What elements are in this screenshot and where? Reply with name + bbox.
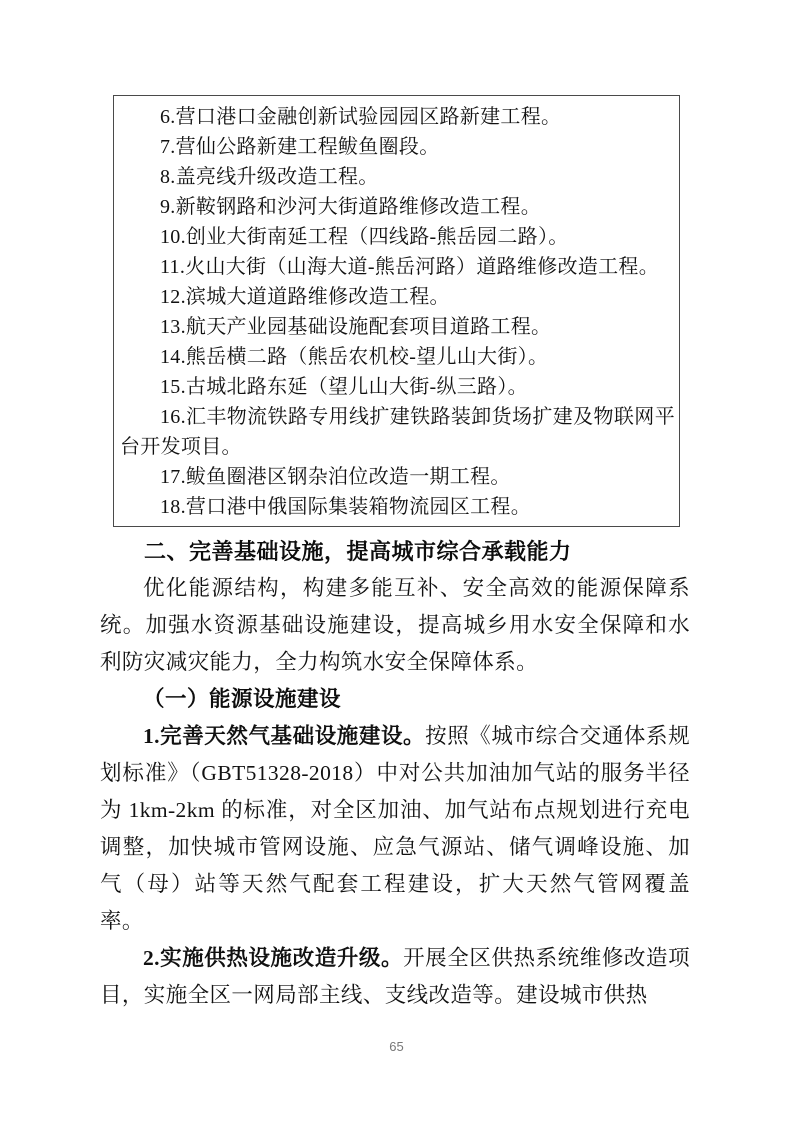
list-item: 15.古城北路东延（望儿山大街-纵三路）。: [120, 372, 675, 402]
page-content: 6.营口港口金融创新试验园园区路新建工程。 7.营仙公路新建工程鲅鱼圈段。 8.…: [100, 0, 690, 1014]
list-item: 8.盖亮线升级改造工程。: [120, 162, 675, 192]
project-list-box: 6.营口港口金融创新试验园园区路新建工程。 7.营仙公路新建工程鲅鱼圈段。 8.…: [113, 95, 680, 527]
section-heading: 二、完善基础设施，提高城市综合承载能力: [100, 533, 690, 570]
list-item: 6.营口港口金融创新试验园园区路新建工程。: [120, 102, 675, 132]
list-item: 10.创业大街南延工程（四线路-熊岳园二路）。: [120, 222, 675, 252]
paragraph-1-text: 按照《城市综合交通体系规划标准》（GBT51328-2018）中对公共加油加气站…: [100, 724, 690, 933]
list-item: 16.汇丰物流铁路专用线扩建铁路装卸货场扩建及物联网平台开发项目。: [120, 402, 675, 462]
paragraph-2: 2.实施供热设施改造升级。开展全区供热系统维修改造项目，实施全区一网局部主线、支…: [100, 940, 690, 1014]
list-item: 14.熊岳横二路（熊岳农机校-望儿山大街）。: [120, 342, 675, 372]
list-item: 18.营口港中俄国际集装箱物流园区工程。: [120, 492, 675, 522]
paragraph-1-lead: 1.完善天然气基础设施建设。: [143, 724, 425, 748]
list-item: 9.新鞍钢路和沙河大街道路维修改造工程。: [120, 192, 675, 222]
paragraph-1: 1.完善天然气基础设施建设。按照《城市综合交通体系规划标准》（GBT51328-…: [100, 718, 690, 940]
list-item: 12.滨城大道道路维修改造工程。: [120, 282, 675, 312]
sub-heading: （一）能源设施建设: [100, 681, 690, 718]
document-page: 6.营口港口金融创新试验园园区路新建工程。 7.营仙公路新建工程鲅鱼圈段。 8.…: [0, 0, 793, 1122]
paragraph-2-lead: 2.实施供热设施改造升级。: [143, 946, 403, 970]
list-item: 11.火山大街（山海大道-熊岳河路）道路维修改造工程。: [120, 252, 675, 282]
list-item: 17.鲅鱼圈港区钢杂泊位改造一期工程。: [120, 462, 675, 492]
list-item: 7.营仙公路新建工程鲅鱼圈段。: [120, 132, 675, 162]
list-item: 13.航天产业园基础设施配套项目道路工程。: [120, 312, 675, 342]
intro-paragraph: 优化能源结构，构建多能互补、安全高效的能源保障系统。加强水资源基础设施建设，提高…: [100, 570, 690, 681]
page-number: 65: [0, 1039, 793, 1054]
